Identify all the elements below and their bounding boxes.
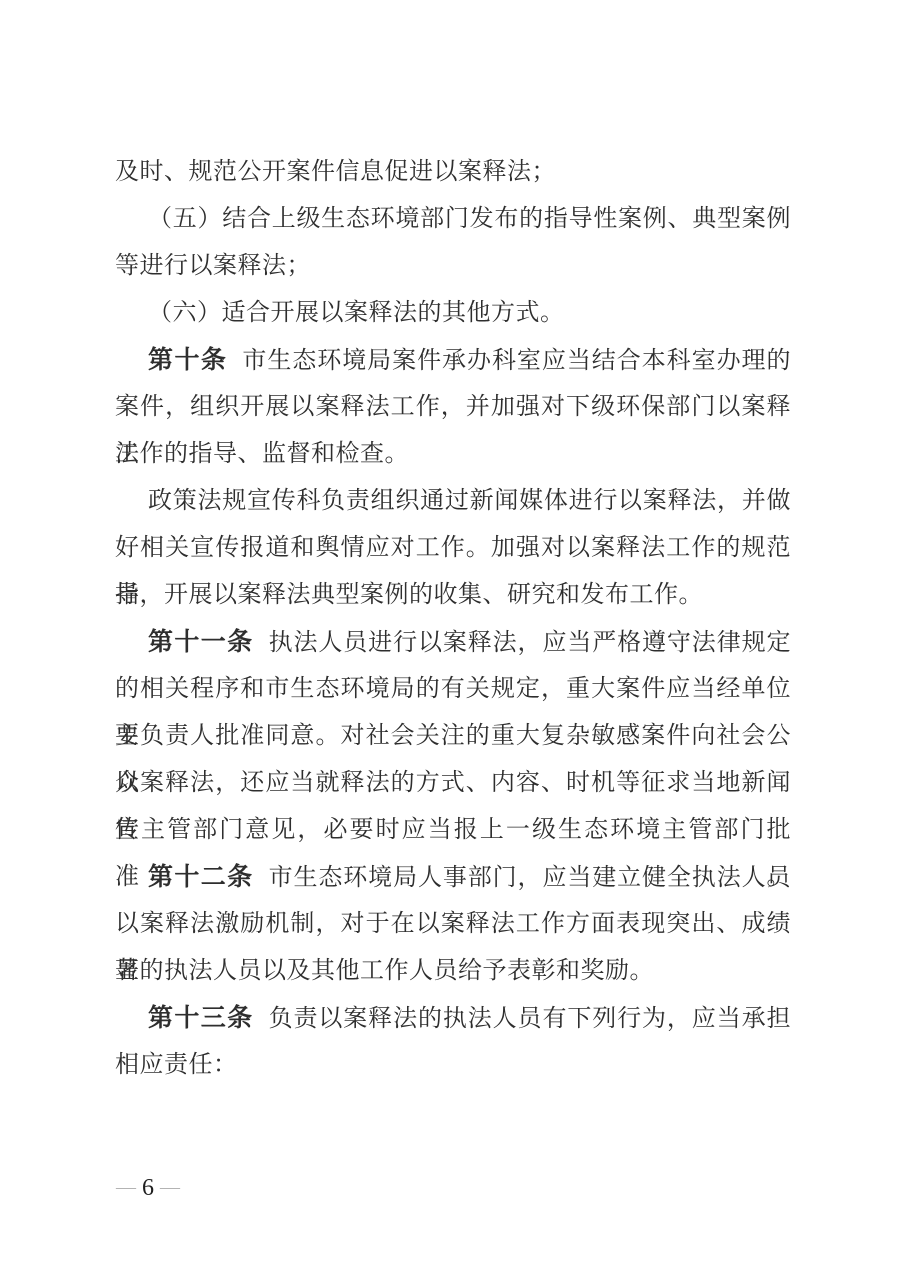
line-text: 执法人员进行以案释法，应当严格遵守法律规定: [269, 630, 791, 656]
line-text: 相应责任：: [115, 1052, 238, 1078]
footer-dash-left: —: [110, 1176, 142, 1198]
text-line: （六）适合开展以案释法的其他方式。: [115, 290, 791, 337]
text-line: 好相关宣传报道和舆情应对工作。加强对以案释法工作的规范指: [115, 525, 791, 572]
text-line: 的相关程序和市生态环境局的有关规定，重大案件应当经单位主: [115, 666, 791, 713]
text-line: 第十三条负责以案释法的执法人员有下列行为，应当承担: [115, 995, 791, 1042]
line-text: 政策法规宣传科负责组织通过新闻媒体进行以案释法，并做: [148, 488, 791, 514]
text-line: 政策法规宣传科负责组织通过新闻媒体进行以案释法，并做: [115, 478, 791, 525]
text-line: 相应责任：: [115, 1042, 791, 1089]
line-text: 等进行以案释法；: [115, 253, 311, 279]
text-line: 著的执法人员以及其他工作人员给予表彰和奖励。: [115, 948, 791, 995]
line-text: 市生态环境局人事部门，应当建立健全执法人员: [269, 865, 791, 891]
article-number: 第十三条: [148, 1004, 254, 1032]
text-line: 以案释法激励机制，对于在以案释法工作方面表现突出、成绩显: [115, 901, 791, 948]
text-line: 案件，组织开展以案释法工作，并加强对下级环保部门以案释法: [115, 384, 791, 431]
article-number: 第十条: [148, 346, 227, 374]
line-text: （六）适合开展以案释法的其他方式。: [148, 300, 565, 326]
article-number: 第十二条: [148, 863, 254, 891]
line-text: （五）结合上级生态环境部门发布的指导性案例、典型案例: [148, 206, 791, 232]
text-line: 等进行以案释法；: [115, 243, 791, 290]
line-text: 负责以案释法的执法人员有下列行为，应当承担: [269, 1006, 791, 1032]
page-footer: —6—: [110, 1172, 186, 1203]
line-text: 市生态环境局案件承办科室应当结合本科室办理的: [242, 348, 791, 374]
article-number: 第十一条: [148, 628, 254, 656]
line-text: 工作的指导、监督和检查。: [115, 441, 409, 467]
text-line: （五）结合上级生态环境部门发布的指导性案例、典型案例: [115, 196, 791, 243]
text-line: 工作的指导、监督和检查。: [115, 431, 791, 478]
page-number: 6: [142, 1175, 154, 1201]
line-text: 导，开展以案释法典型案例的收集、研究和发布工作。: [115, 582, 703, 608]
text-line: 以案释法，还应当就释法的方式、内容、时机等征求当地新闻宣: [115, 760, 791, 807]
footer-dash-right: —: [154, 1176, 186, 1198]
document-body: 及时、规范公开案件信息促进以案释法；（五）结合上级生态环境部门发布的指导性案例、…: [115, 149, 791, 1089]
text-line: 传主管部门意见，必要时应当报上一级生态环境主管部门批准。: [115, 807, 791, 854]
text-line: 导，开展以案释法典型案例的收集、研究和发布工作。: [115, 572, 791, 619]
document-page: 及时、规范公开案件信息促进以案释法；（五）结合上级生态环境部门发布的指导性案例、…: [0, 0, 900, 1272]
text-line: 第十二条市生态环境局人事部门，应当建立健全执法人员: [115, 854, 791, 901]
text-line: 要负责人批准同意。对社会关注的重大复杂敏感案件向社会公众: [115, 713, 791, 760]
line-text: 著的执法人员以及其他工作人员给予表彰和奖励。: [115, 958, 654, 984]
line-text: 及时、规范公开案件信息促进以案释法；: [115, 159, 556, 185]
text-line: 及时、规范公开案件信息促进以案释法；: [115, 149, 791, 196]
text-line: 第十一条执法人员进行以案释法，应当严格遵守法律规定: [115, 619, 791, 666]
text-line: 第十条市生态环境局案件承办科室应当结合本科室办理的: [115, 337, 791, 384]
